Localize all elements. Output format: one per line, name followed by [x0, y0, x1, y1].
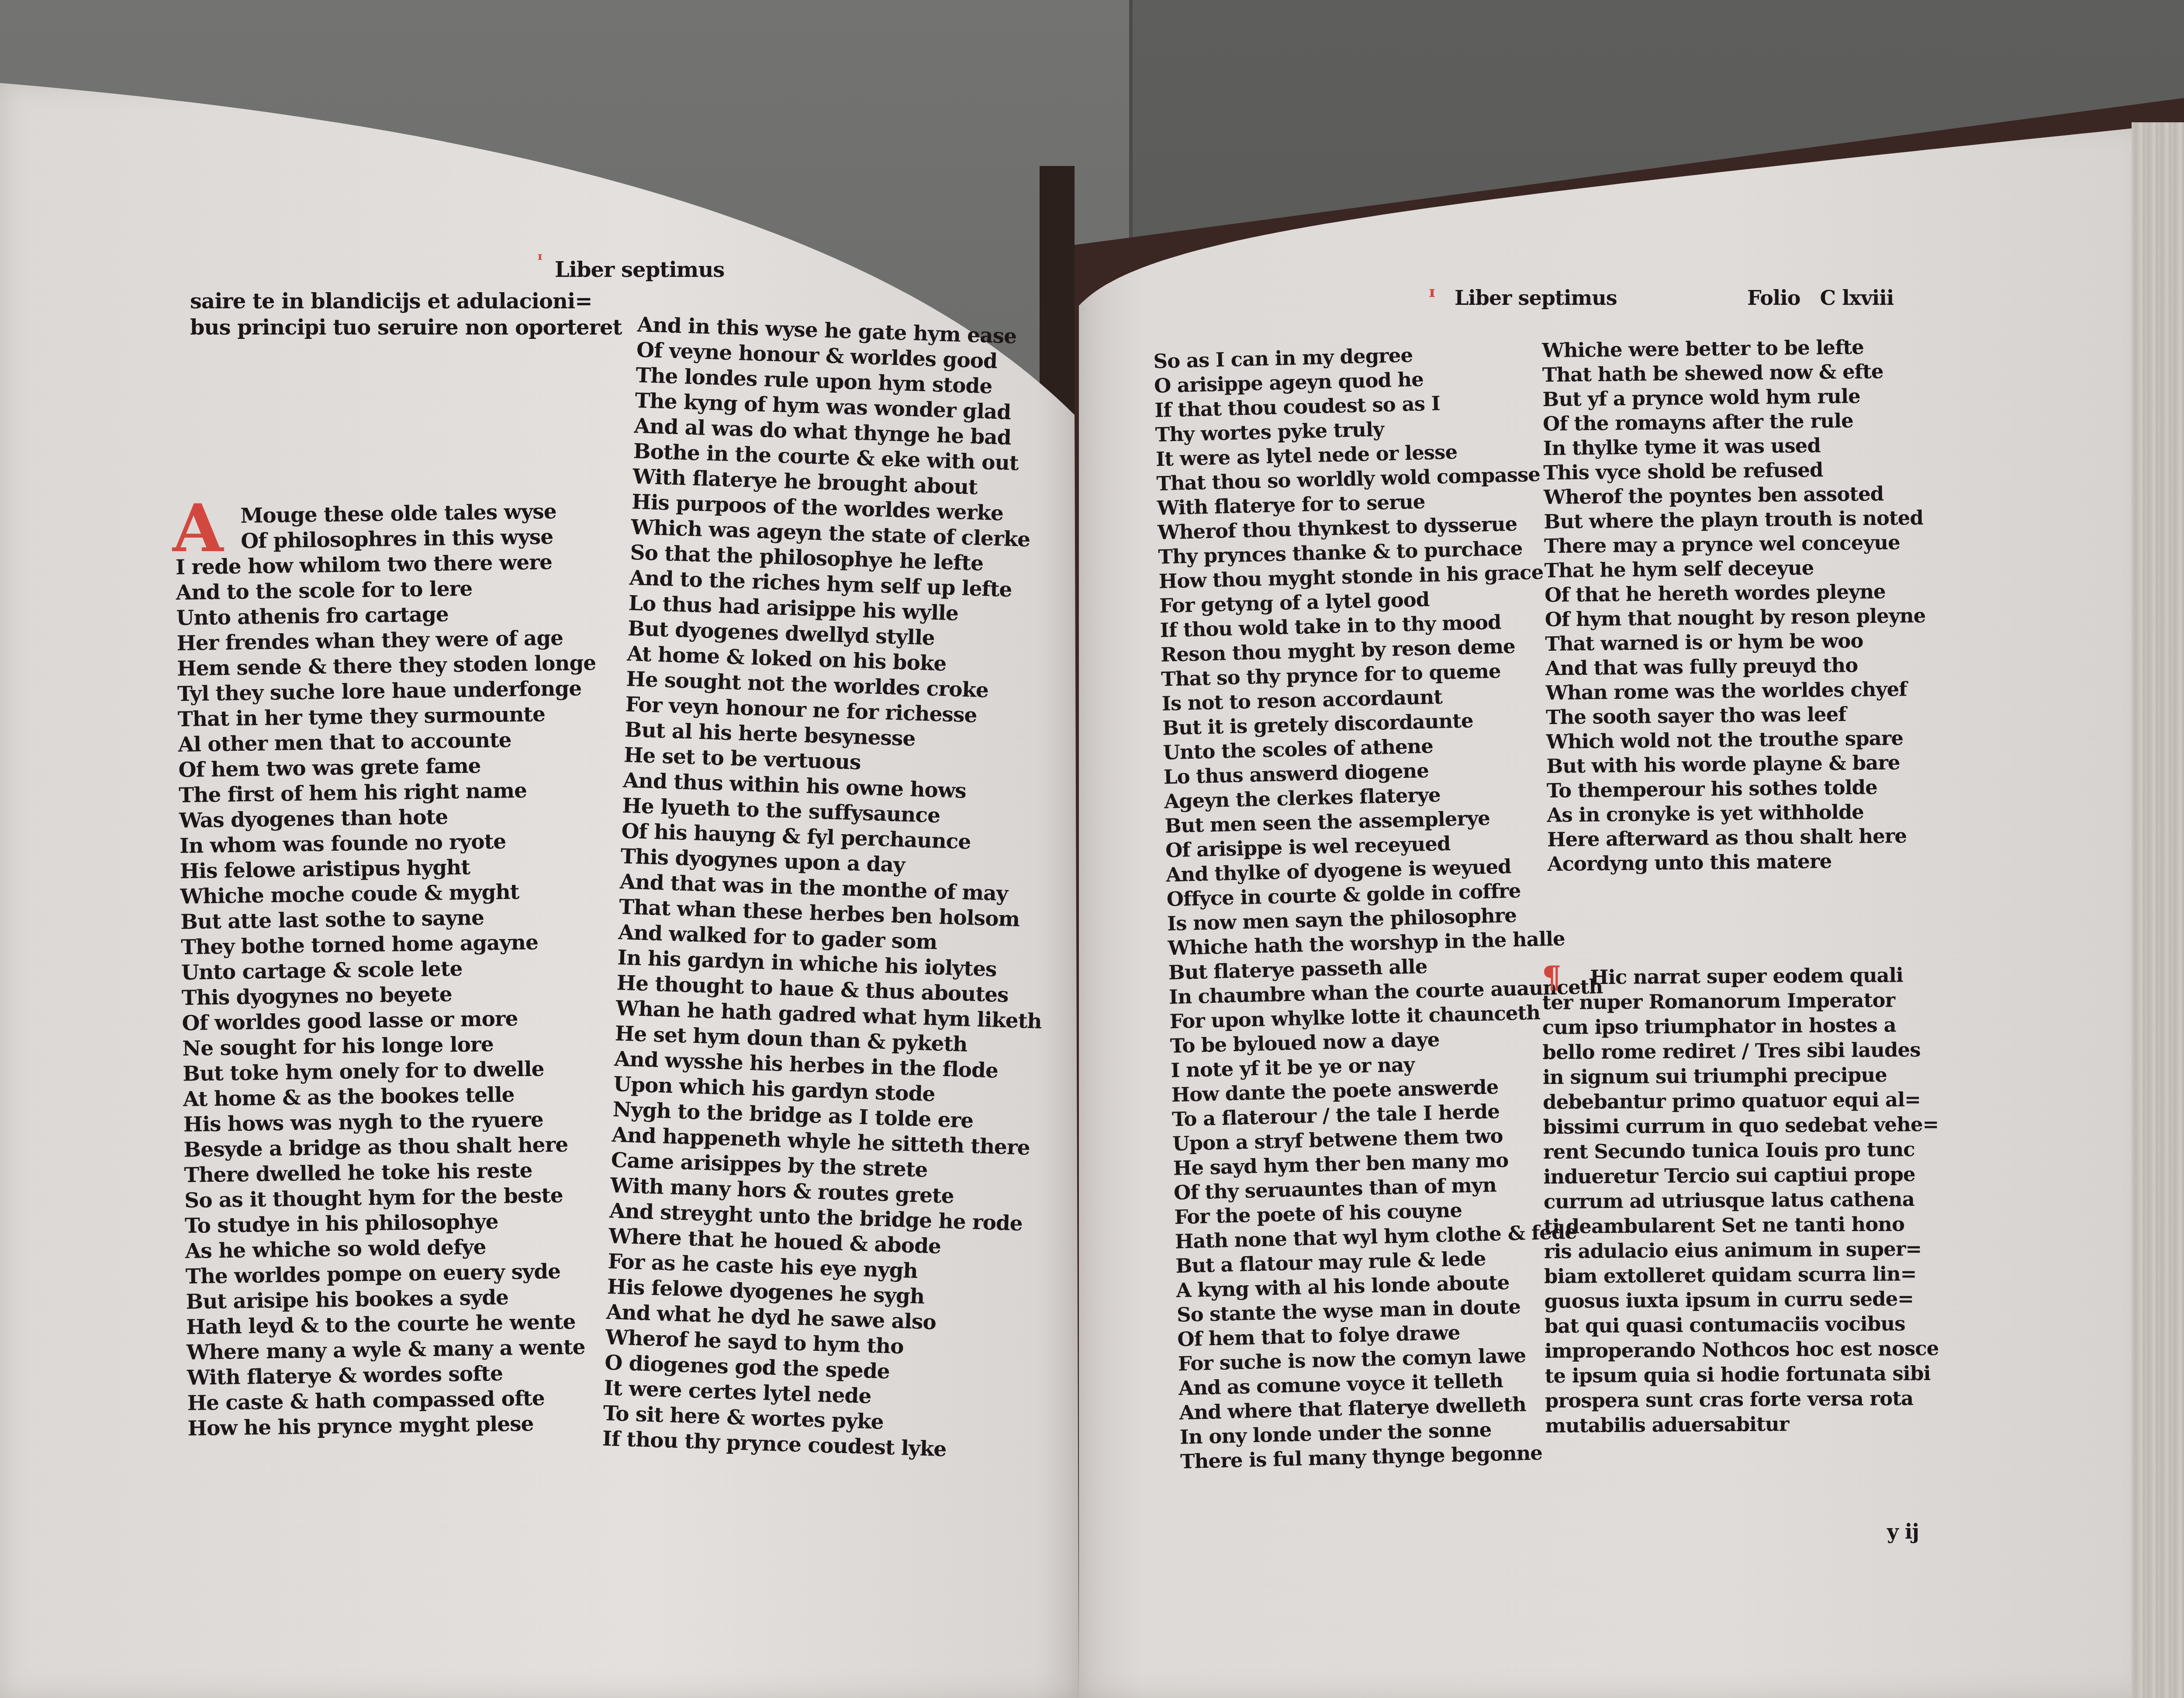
verse-line: Wherof the poyntes ben assoted — [1544, 481, 1925, 510]
verse-line: The sooth sayer tho was leef — [1546, 701, 1927, 730]
gloss-line: improperando Nothcos hoc est nosce — [1545, 1336, 1940, 1363]
gloss-line: bat qui quasi contumaciis vocibus — [1545, 1311, 1940, 1339]
verse-line: There may a prynce wel conceyue — [1544, 530, 1925, 559]
gloss-line: rent Secundo tunica Iouis pro tunc — [1543, 1137, 1939, 1164]
left-running-head: ᶦ Liber septimus — [555, 258, 724, 282]
text-line: saire te in blandicijs et adulacioni= — [190, 288, 622, 314]
verse-line: That warned is or hym be woo — [1545, 628, 1926, 656]
gloss-line: prospera sunt cras forte versa rota — [1545, 1386, 1941, 1413]
running-head-text: Liber septimus — [555, 258, 724, 282]
verse-line: But with his worde playne & bare — [1546, 750, 1927, 779]
gloss-line: currum ad utriusque latus cathena — [1544, 1187, 1939, 1214]
gloss-line: debebantur primo quatuor equi al= — [1543, 1087, 1939, 1115]
gloss-line: guosus iuxta ipsum in curru sede= — [1544, 1286, 1940, 1314]
gloss-line: mutabilis aduersabitur — [1545, 1411, 1941, 1438]
text-line: bus principi tuo seruire non oporteret — [190, 314, 622, 341]
folio-label: Folio — [1747, 286, 1800, 310]
verse-line: Here afterward as thou shalt here — [1547, 824, 1928, 852]
left-latin-top: saire te in blandicijs et adulacioni= bu… — [190, 288, 622, 341]
verse-line: Acordyng unto this matere — [1547, 848, 1928, 877]
verse-line: As in cronyke is yet withholde — [1547, 799, 1928, 828]
gloss-line: Hic narrat super eodem quali — [1542, 963, 1938, 990]
rubric-mark: ᶦ — [1428, 282, 1436, 312]
right-running-head: ᶦ Liber septimus — [1455, 286, 1617, 310]
left-column-1: Mouge these olde tales wyse Of philosoph… — [175, 499, 607, 1442]
verse-line: That he hym self deceyue — [1544, 555, 1925, 583]
verse-line: That hath be shewed now & efte — [1542, 359, 1923, 387]
verse-line: In thylke tyme it was used — [1543, 432, 1924, 461]
gloss-line: ter nuper Romanorum Imperator — [1542, 987, 1938, 1015]
gloss-line: ti deambularent Set ne tanti hono — [1544, 1211, 1939, 1239]
left-column-2: And in this wyse he gate hym ease Of vey… — [602, 312, 1064, 1465]
verse-line: Of the romayns after the rule — [1543, 408, 1924, 436]
rubric-mark: ᶦ — [537, 249, 543, 271]
folio-number: Folio C lxviii — [1747, 286, 1894, 310]
verse-line: But where the playn trouth is noted — [1544, 506, 1925, 534]
gloss-line: in signum sui triumphi precipue — [1543, 1062, 1939, 1090]
verse-line: This vyce shold be refused — [1543, 457, 1924, 485]
verse-line: Whan rome was the worldes chyef — [1545, 677, 1926, 705]
folio-value: C lxviii — [1820, 286, 1894, 310]
running-head-text: Liber septimus — [1455, 286, 1617, 310]
signature-mark: y ij — [1887, 1520, 1919, 1543]
verse-line: But yf a prynce wold hym rule — [1542, 383, 1923, 412]
gloss-line: bello rome rediret / Tres sibi laudes — [1542, 1037, 1938, 1065]
verse-line: Whiche were better to be lefte — [1542, 335, 1923, 363]
gloss-line: te ipsum quia si hodie fortunata sibi — [1545, 1361, 1940, 1388]
fore-edge-page-stack — [2132, 122, 2184, 1698]
verse-line: Of hym that nought by reson pleyne — [1545, 604, 1925, 632]
latin-gloss: Hic narrat super eodem quali ter nuper R… — [1542, 963, 1941, 1438]
right-column-2: Whiche were better to be lefte That hath… — [1542, 335, 1928, 877]
gloss-line: indueretur Tercio sui captiui prope — [1543, 1162, 1939, 1189]
gloss-line: ris adulacio eius animum in super= — [1544, 1236, 1939, 1264]
verse-line: Which wold not the trouthe spare — [1546, 726, 1927, 754]
verse-line: And that was fully preuyd tho — [1545, 652, 1926, 681]
gloss-line: biam extolleret quidam scurra lin= — [1544, 1261, 1940, 1289]
verse-line: To themperour his sothes tolde — [1547, 775, 1928, 803]
gloss-line: cum ipso triumphator in hostes a — [1542, 1012, 1938, 1040]
verse-line: Of that he hereth wordes pleyne — [1545, 579, 1925, 607]
gloss-line: bissimi currum in quo sedebat vehe= — [1543, 1112, 1939, 1139]
